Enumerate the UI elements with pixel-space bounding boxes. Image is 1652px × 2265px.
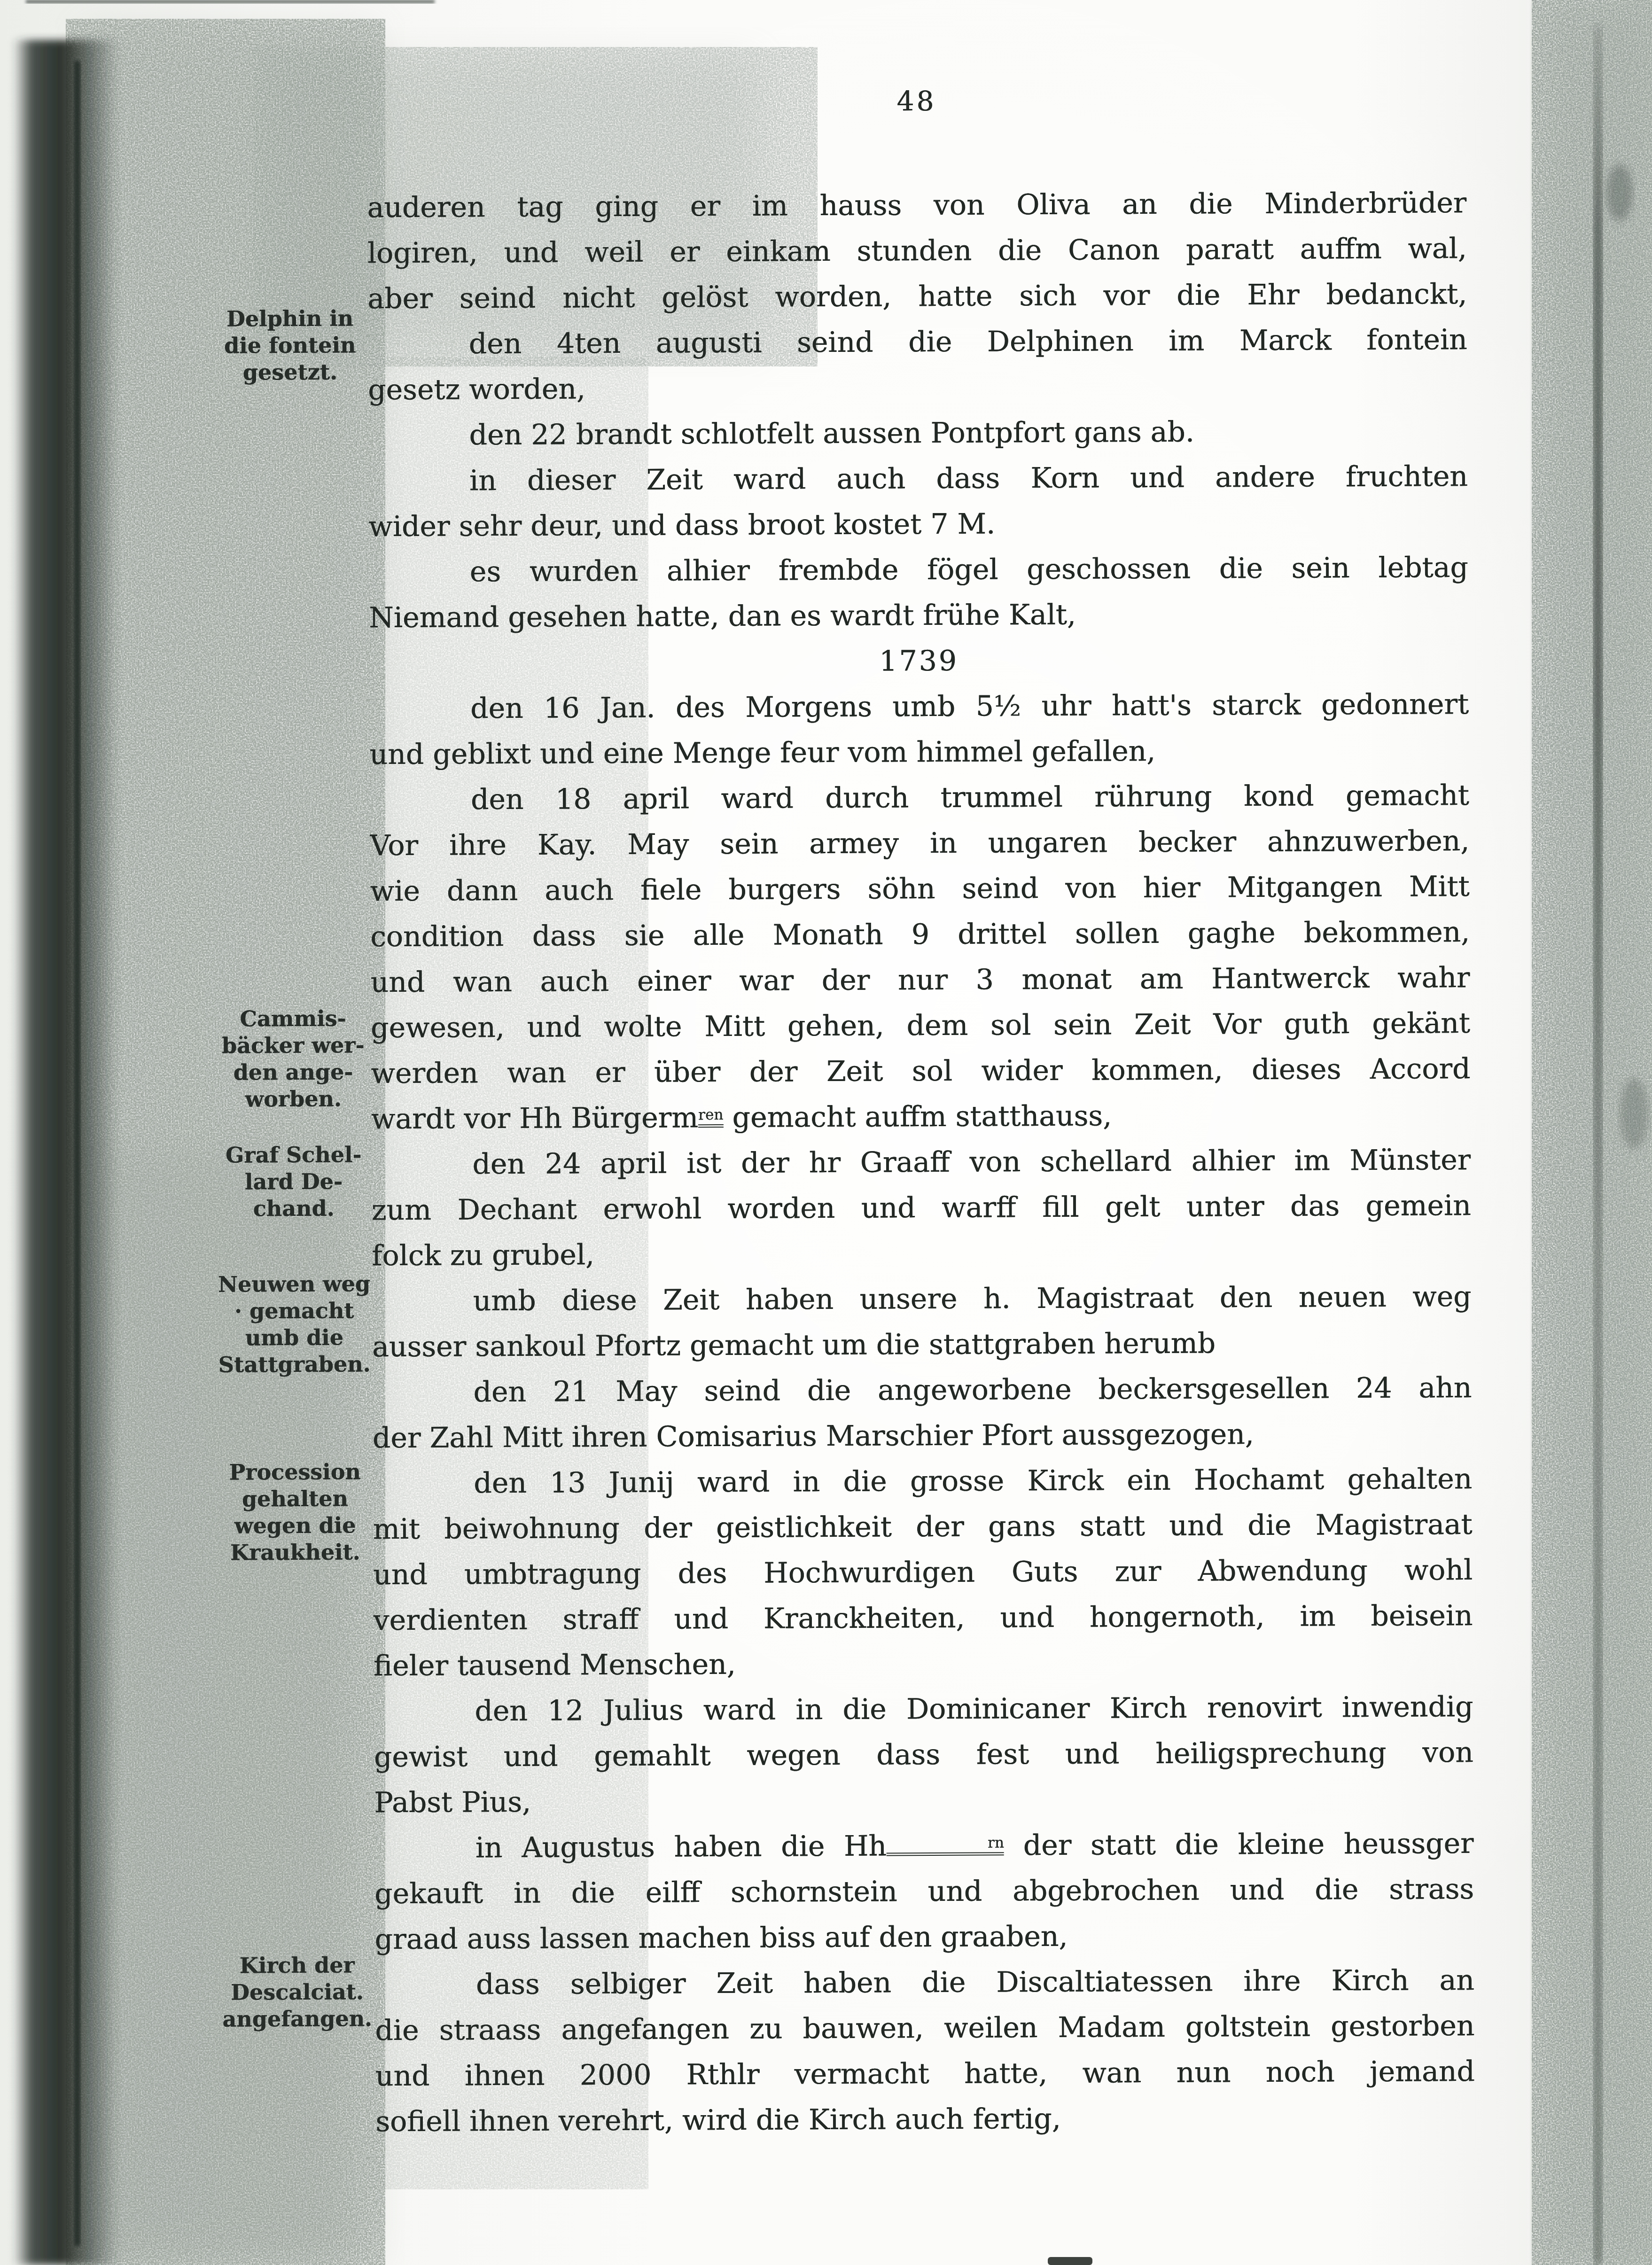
page-number: 48 bbox=[366, 83, 1466, 119]
text-line: gewesen, und wolte Mitt gehen, dem sol s… bbox=[371, 1001, 1470, 1051]
text-line: Pabst Pius, bbox=[374, 1775, 1473, 1826]
margin-note: Graf Schel- lard De- chand. bbox=[212, 1141, 375, 1222]
text-line: den 4ten augusti seind die Delphinen im … bbox=[367, 317, 1467, 367]
text-line: gekauft in die eilff schornstein und abg… bbox=[374, 1867, 1474, 1917]
text-line: es wurden alhier frembde fögel geschosse… bbox=[369, 545, 1468, 595]
text-line: umb diese Zeit haben unsere h. Magistraa… bbox=[372, 1274, 1471, 1324]
text-line: in Augustus haben die Hhrn der statt die… bbox=[374, 1821, 1473, 1871]
text-line: logiren, und weil er einkam stunden die … bbox=[367, 226, 1467, 276]
text-line: und ihnen 2000 Rthlr vermacht hatte, wan… bbox=[375, 2049, 1475, 2099]
text-line: den 21 May seind die angeworbene beckers… bbox=[372, 1365, 1472, 1416]
text-line: folck zu grubel, bbox=[372, 1229, 1471, 1279]
margin-note: Cammis- bäcker wer- den ange- worben. bbox=[212, 1005, 374, 1113]
text-line: sofiell ihnen verehrt, wird die Kirch au… bbox=[375, 2094, 1475, 2145]
text-line: und wan auch einer war der nur 3 monat a… bbox=[370, 955, 1470, 1005]
text-line: wardt vor Hh Bürgermren gemacht auffm st… bbox=[371, 1092, 1471, 1142]
text-line: aber seind nicht gelöst worden, hatte si… bbox=[367, 272, 1467, 322]
margin-note: Kirch der Descalciat. angefangen. bbox=[216, 1952, 379, 2033]
text-line: werden wan er über der Zeit sol wider ko… bbox=[371, 1046, 1470, 1097]
text-line: Niemand gesehen hatte, dan es wardt früh… bbox=[369, 591, 1468, 641]
text-line: den 22 brandt schlotfelt aussen Pontpfor… bbox=[368, 408, 1467, 459]
text-line: der Zahl Mitt ihren Comisarius Marschier… bbox=[373, 1411, 1472, 1461]
text-line: und geblixt und eine Menge feur vom himm… bbox=[369, 727, 1469, 778]
superscript-abbreviation: ren bbox=[698, 1108, 724, 1127]
text-line: den 12 Julius ward in die Dominicaner Ki… bbox=[374, 1684, 1473, 1735]
text-line: dass selbiger Zeit haben die Discaltiate… bbox=[375, 1958, 1474, 2008]
scanned-page: 48 auderen tag ging er im hauss von Oliv… bbox=[0, 0, 1652, 2265]
text-line: condition dass sie alle Monath 9 drittel… bbox=[370, 910, 1470, 960]
text-line: graad auss lassen machen biss auf den gr… bbox=[374, 1912, 1474, 1962]
year-heading: 1739 bbox=[369, 636, 1468, 686]
text-line: ausser sankoul Pfortz gemacht um die sta… bbox=[372, 1320, 1472, 1370]
text-line: zum Dechant erwohl worden und warff fill… bbox=[372, 1183, 1471, 1233]
superscript-abbreviation: rn bbox=[887, 1836, 1004, 1856]
text-line: den 13 Junij ward in die grosse Kirck ei… bbox=[373, 1456, 1472, 1507]
text-line: mit beiwohnung der geistlichkeit der gan… bbox=[373, 1502, 1472, 1552]
text-line: den 24 april ist der hr Graaff von schel… bbox=[371, 1137, 1471, 1188]
text-line: verdienten straff und Kranckheiten, und … bbox=[373, 1593, 1473, 1643]
text-line: in dieser Zeit ward auch dass Korn und a… bbox=[368, 454, 1468, 504]
text-line: und umbtragung des Hochwurdigen Guts zur… bbox=[373, 1548, 1473, 1598]
text-line: auderen tag ging er im hauss von Oliva a… bbox=[367, 180, 1466, 231]
text-line: Vor ihre Kay. May sein armey in ungaren … bbox=[370, 818, 1469, 869]
body-column: auderen tag ging er im hauss von Oliva a… bbox=[367, 180, 1475, 2145]
margin-note: Delphin in die fontein gesetzt. bbox=[209, 305, 371, 386]
text-line: wider sehr deur, und dass broot kostet 7… bbox=[368, 499, 1468, 550]
margin-note: Procession gehalten wegen die Kraukheit. bbox=[214, 1458, 376, 1566]
text-line: gesetz worden, bbox=[368, 363, 1467, 413]
text-line: den 18 april ward durch trummel rührung … bbox=[370, 773, 1469, 823]
text-line: gewist und gemahlt wegen dass fest und h… bbox=[374, 1730, 1473, 1780]
page-content: 48 auderen tag ging er im hauss von Oliv… bbox=[0, 0, 1652, 2265]
margin-note: Neuwen weg · gemacht umb die Stattgraben… bbox=[213, 1270, 375, 1378]
text-line: die straass angefangen zu bauwen, weilen… bbox=[375, 2003, 1474, 2054]
text-line: fieler tausend Menschen, bbox=[374, 1639, 1473, 1689]
text-line: den 16 Jan. des Morgens umb 5½ uhr hatt'… bbox=[369, 682, 1469, 732]
text-line: wie dann auch fiele burgers söhn seind v… bbox=[370, 864, 1470, 914]
